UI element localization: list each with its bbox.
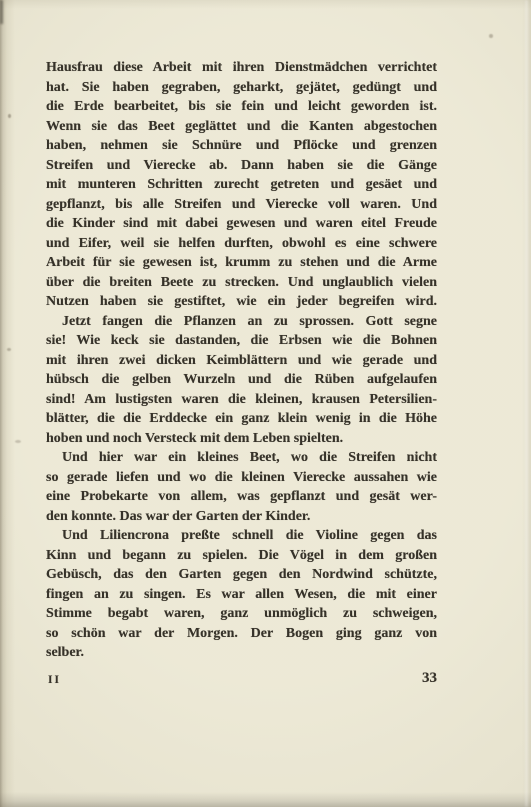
text-line: selber. [46,643,437,663]
spine-corner-shadow [0,0,3,24]
text-line: fingen an zu singen. Es war allen Wesen,… [46,585,437,605]
text-line: gepflanzt, bis alle Streifen und Viereck… [46,195,437,215]
text-line: Streifen und Vierecke ab. Dann haben sie… [46,156,437,176]
text-line: den konnte. Das war der Garten der Kinde… [46,507,437,527]
text-line: Hausfrau diese Arbeit mit ihren Dienstmä… [46,58,437,78]
text-line: Arbeit für sie gewesen ist, krumm zu ste… [46,253,437,273]
text-line: so schön war der Morgen. Der Bogen ging … [46,624,437,644]
text-line: hoben und noch Versteck mit dem Leben sp… [46,429,437,449]
text-line: mit munteren Schritten zurecht getreten … [46,175,437,195]
dust-speck [489,34,493,38]
text-line: hübsch die gelben Wurzeln und die Rüben … [46,370,437,390]
text-line: die Erde bearbeitet, bis sie fein und le… [46,97,437,117]
text-line: die Kinder sind mit dabei gewesen und wa… [46,214,437,234]
page-edge-highlight [525,0,528,807]
dust-speck [15,440,21,443]
text-line: Wenn sie das Beet geglättet und die Kant… [46,117,437,137]
text-line: Gebüsch, das den Garten gegen den Nordwi… [46,565,437,585]
text-line: haben, nehmen sie Schnüre und Pflöcke un… [46,136,437,156]
text-line: hat. Sie haben gegraben, geharkt, gejäte… [46,78,437,98]
text-line: Stimme begabt waren, ganz unmöglich zu s… [46,604,437,624]
text-line: mit ihren zwei dicken Keimblättern und w… [46,351,437,371]
text-line: sind! Am lustigsten waren die kleinen, k… [46,390,437,410]
text-line: sie! Wie keck sie dastanden, die Erbsen … [46,331,437,351]
paragraph: Und hier war ein kleines Beet, wo die St… [46,448,437,526]
dust-speck [7,348,11,351]
page-text: Hausfrau diese Arbeit mit ihren Dienstmä… [46,58,437,663]
book-page: Hausfrau diese Arbeit mit ihren Dienstmä… [0,0,531,807]
footer-signature-mark: II [48,674,61,686]
paragraph: Hausfrau diese Arbeit mit ihren Dienstmä… [46,58,437,312]
footer-page-number: 33 [422,670,437,687]
text-line: und Eifer, weil sie helfen durften, obwo… [46,234,437,254]
paragraph: Und Liliencrona preßte schnell die Violi… [46,526,437,663]
text-line: Jetzt fangen die Pflanzen an zu sprossen… [46,312,437,332]
text-line: Und hier war ein kleines Beet, wo die St… [46,448,437,468]
text-line: Kinn und begann zu spielen. Die Vögel in… [46,546,437,566]
text-line: so gerade liefen und wo die kleinen Vier… [46,468,437,488]
text-line: eine Probekarte von allem, was gepflanzt… [46,487,437,507]
dust-speck [8,114,11,118]
text-line: Nutzen haben sie gestiftet, wie ein jede… [46,292,437,312]
text-line: über die breiten Beete zu strecken. Und … [46,273,437,293]
paragraph: Jetzt fangen die Pflanzen an zu sprossen… [46,312,437,449]
text-line: Und Liliencrona preßte schnell die Violi… [46,526,437,546]
text-line: blätter, die die Erddecke ein ganz klein… [46,409,437,429]
